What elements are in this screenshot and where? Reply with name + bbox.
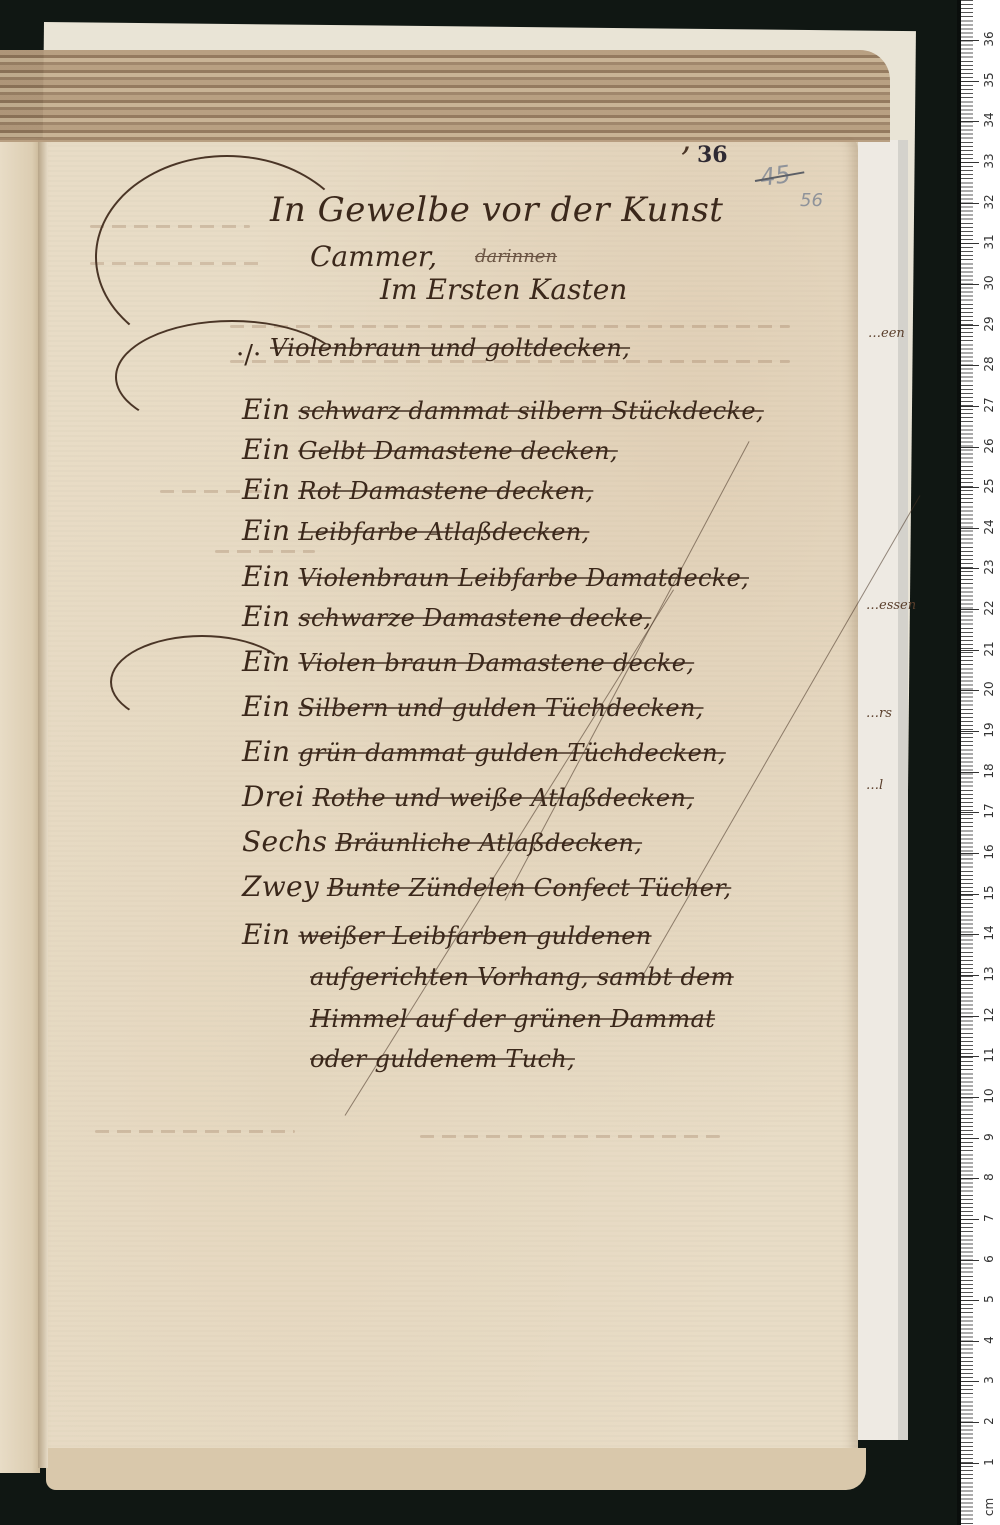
bleed-through-line: [215, 550, 315, 553]
ruler-major-tick: [961, 325, 979, 326]
ruler-label: 31: [982, 230, 996, 254]
ruler-major-tick: [961, 121, 979, 122]
inventory-entry: Einschwarze Damastene decke,: [242, 600, 651, 633]
ruler-label: 36: [982, 27, 996, 51]
ruler-label: 3: [982, 1368, 996, 1392]
ruler-label: 5: [982, 1287, 996, 1311]
entry-continuation: oder guldenem Tuch,: [310, 1045, 575, 1073]
ruler-major-tick: [961, 203, 979, 204]
entry-continuation: aufgerichten Vorhang, sambt dem: [310, 963, 734, 991]
ruler-label: 30: [982, 271, 996, 295]
ruler-label: 15: [982, 881, 996, 905]
ruler-ticks: [961, 0, 973, 1525]
ruler-major-tick: [961, 447, 979, 448]
heading-line-1: In Gewelbe vor der Kunst: [270, 190, 723, 230]
inventory-entry: EinGelbt Damastene decken,: [242, 433, 618, 466]
margin-note: …essen: [866, 598, 916, 613]
ruler-label: 8: [982, 1165, 996, 1189]
folio-number-stamp: 36: [697, 142, 728, 168]
inventory-entry: EinViolenbraun Leibfarbe Damatdecke,: [242, 560, 749, 593]
ruler-major-tick: [961, 406, 979, 407]
ruler-label: 20: [982, 677, 996, 701]
margin-note: …een: [868, 326, 905, 341]
inventory-entry: EinSilbern und gulden Tüchdecken,: [242, 690, 704, 723]
ruler-major-tick: [961, 81, 979, 82]
ruler-label: 32: [982, 190, 996, 214]
inventory-entry: EinLeibfarbe Atlaßdecken,: [242, 514, 589, 547]
ruler-major-tick: [961, 1138, 979, 1139]
inventory-entry: Violenbraun und goltdecken,: [262, 330, 630, 363]
ruler-label: 24: [982, 515, 996, 539]
ruler-major-tick: [961, 40, 979, 41]
left-page-edge: [0, 138, 40, 1473]
ruler-label: 26: [982, 434, 996, 458]
ruler-unit-label: cm: [982, 1495, 996, 1519]
ruler-major-tick: [961, 1300, 979, 1301]
ruler-label: 10: [982, 1084, 996, 1108]
ruler-label: 21: [982, 637, 996, 661]
ruler-major-tick: [961, 853, 979, 854]
ruler-major-tick: [961, 568, 979, 569]
bleed-through-line: [420, 1135, 720, 1138]
ruler-label: 22: [982, 596, 996, 620]
ruler-major-tick: [961, 975, 979, 976]
ruler-label: 28: [982, 352, 996, 376]
ruler-major-tick: [961, 1219, 979, 1220]
ruler-major-tick: [961, 1381, 979, 1382]
ruler-major-tick: [961, 1016, 979, 1017]
ruler-label: 17: [982, 799, 996, 823]
ruler-major-tick: [961, 162, 979, 163]
measuring-ruler: 3635343332313029282726252423222120191817…: [957, 0, 1000, 1525]
book-top-edges: [0, 50, 890, 142]
ruler-major-tick: [961, 487, 979, 488]
ruler-major-tick: [961, 894, 979, 895]
ruler-label: 7: [982, 1206, 996, 1230]
inventory-entry: SechsBräunliche Atlaßdecken,: [242, 825, 642, 858]
ruler-major-tick: [961, 609, 979, 610]
book-gutter: [38, 138, 48, 1468]
ruler-label: 9: [982, 1125, 996, 1149]
ruler-major-tick: [961, 1341, 979, 1342]
ruler-major-tick: [961, 243, 979, 244]
ruler-label: 11: [982, 1043, 996, 1067]
margin-note: …l: [866, 778, 883, 793]
inventory-entry: EinRot Damastene decken,: [242, 473, 593, 506]
ruler-major-tick: [961, 528, 979, 529]
ruler-major-tick: [961, 1097, 979, 1098]
heading-line-3: Im Ersten Kasten: [380, 273, 627, 306]
ruler-label: 12: [982, 1003, 996, 1027]
ruler-major-tick: [961, 365, 979, 366]
ruler-major-tick: [961, 1260, 979, 1261]
ruler-label: 1: [982, 1450, 996, 1474]
ruler-major-tick: [961, 1422, 979, 1423]
ruler-major-tick: [961, 690, 979, 691]
old-folio-number-alt: 56: [800, 190, 823, 211]
ruler-label: 4: [982, 1328, 996, 1352]
ruler-major-tick: [961, 934, 979, 935]
ruler-label: 25: [982, 474, 996, 498]
ruler-label: 14: [982, 921, 996, 945]
ruler-major-tick: [961, 812, 979, 813]
ruler-major-tick: [961, 1463, 979, 1464]
inventory-entry: Einweißer Leibfarben guldenen: [242, 918, 652, 951]
ruler-major-tick: [961, 772, 979, 773]
entry-marker: ·/·: [236, 340, 261, 370]
ruler-label: 18: [982, 759, 996, 783]
ruler-major-tick: [961, 731, 979, 732]
ruler-label: 23: [982, 555, 996, 579]
ruler-label: 19: [982, 718, 996, 742]
heading-line-2: Cammer,: [310, 240, 437, 273]
inventory-entry: Einschwarz dammat silbern Stückdecke,: [242, 393, 764, 426]
ruler-label: 29: [982, 312, 996, 336]
bleed-through-line: [95, 1130, 295, 1133]
entry-continuation: Himmel auf der grünen Dammat: [310, 1005, 715, 1033]
heading-struck-word: darinnen: [475, 246, 557, 267]
inventory-entry: Eingrün dammat gulden Tüchdecken,: [242, 735, 726, 768]
ruler-label: 13: [982, 962, 996, 986]
ruler-label: 16: [982, 840, 996, 864]
ruler-label: 33: [982, 149, 996, 173]
ruler-label: 27: [982, 393, 996, 417]
ruler-label: 6: [982, 1247, 996, 1271]
margin-note: …rs: [866, 706, 892, 721]
inventory-entry: DreiRothe und weiße Atlaßdecken,: [242, 780, 694, 813]
ruler-label: 2: [982, 1409, 996, 1433]
page-bottom-edge: [46, 1448, 866, 1490]
ruler-major-tick: [961, 1056, 979, 1057]
ruler-major-tick: [961, 650, 979, 651]
ruler-major-tick: [961, 284, 979, 285]
ruler-label: 35: [982, 68, 996, 92]
ruler-label: 34: [982, 108, 996, 132]
ruler-major-tick: [961, 1178, 979, 1179]
folio-flourish: ’: [680, 140, 691, 180]
